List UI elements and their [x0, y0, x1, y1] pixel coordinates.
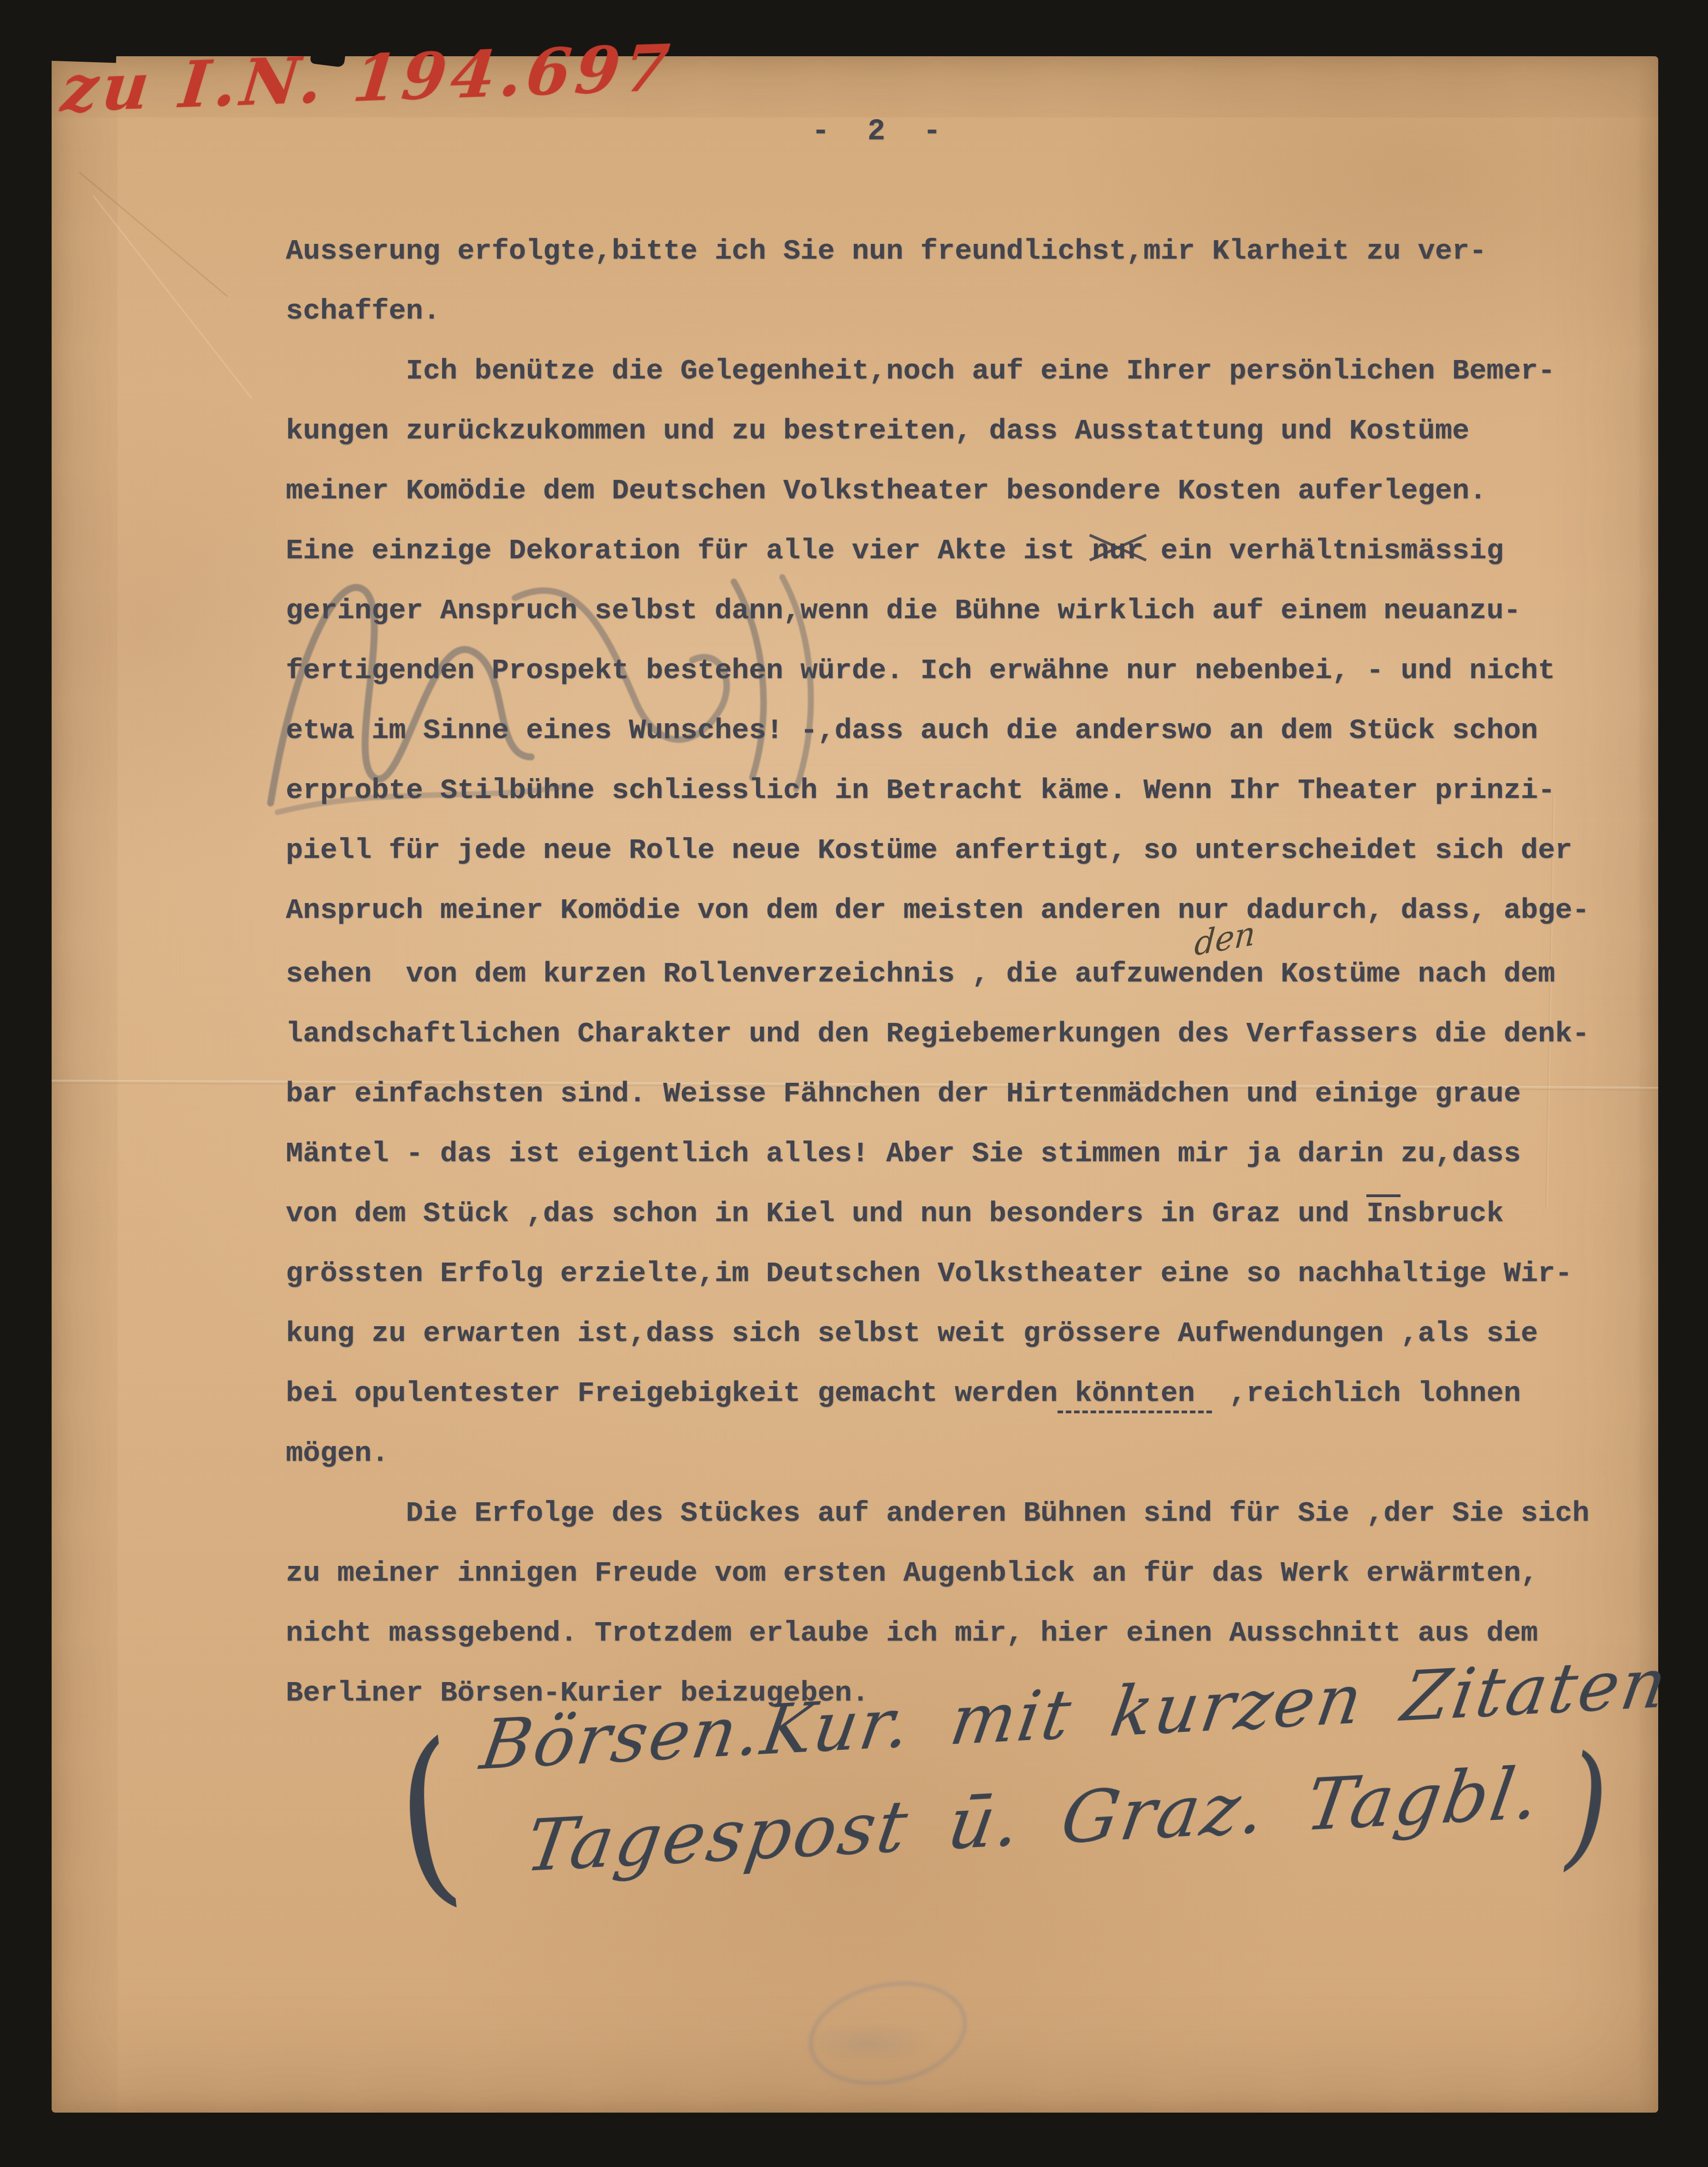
typed-segment-overline: In — [1366, 1194, 1401, 1230]
typed-segment: sbruck — [1401, 1197, 1503, 1230]
typed-line: landschaftlichen Charakter und den Regie… — [286, 1004, 1623, 1064]
typed-line: zu meiner innigen Freude vom ersten Auge… — [286, 1543, 1623, 1603]
typed-segment: von dem Stück ,das schon in Kiel und nun… — [286, 1197, 1366, 1230]
typed-line: mögen. — [286, 1423, 1623, 1483]
archive-number-red-annotation: zu I.N. 194.697 — [58, 30, 677, 126]
typed-line: bar einfachsten sind. Weisse Fähnchen de… — [286, 1064, 1623, 1124]
typed-line: von dem Stück ,das schon in Kiel und nun… — [286, 1184, 1623, 1244]
corner-crease — [79, 171, 228, 297]
typed-segment: sehen von dem kurzen Rollenverzeichnis ,… — [286, 957, 1264, 990]
typed-segment: kungen zurückzukommen und zu bestreiten,… — [286, 414, 1469, 447]
typed-segment: grössten Erfolg erzielte,im Deutschen Vo… — [286, 1257, 1572, 1290]
typed-line: Die Erfolge des Stückes auf anderen Bühn… — [286, 1483, 1623, 1543]
typed-segment: mögen. — [286, 1437, 389, 1470]
typed-line: grössten Erfolg erzielte,im Deutschen Vo… — [286, 1244, 1623, 1304]
typed-segment: kung zu erwarten ist,dass sich selbst we… — [286, 1317, 1538, 1350]
corner-crease — [92, 195, 253, 400]
typed-segment: Mäntel - das ist eigentlich alles! Aber … — [286, 1137, 1521, 1170]
scan-background: zu I.N. 194.697 - 2 - Ausserung erfolgte… — [0, 0, 1708, 2167]
close-paren: ) — [1554, 1725, 1624, 1884]
typed-segment: bar einfachsten sind. Weisse Fähnchen de… — [286, 1077, 1521, 1110]
typed-line: kung zu erwarten ist,dass sich selbst we… — [286, 1304, 1623, 1364]
typed-segment: meiner Komödie dem Deutschen Volkstheate… — [286, 474, 1486, 507]
typed-line: Mäntel - das ist eigentlich alles! Aber … — [286, 1124, 1623, 1184]
typed-segment: zu meiner innigen Freude vom ersten Auge… — [286, 1557, 1538, 1589]
typed-line: Anspruch meiner Komödie von dem der meis… — [286, 880, 1623, 940]
typed-segment: ein verhältnismässig — [1143, 534, 1503, 567]
typed-segment: ,reichlich lohnen — [1212, 1377, 1521, 1410]
typed-line: Ich benütze die Gelegenheit,noch auf ein… — [286, 341, 1623, 401]
typed-segment: bei opulentester Freigebigkeit gemacht w… — [286, 1377, 1058, 1410]
typed-line: schaffen. — [286, 281, 1623, 341]
ink-scribble-cancellation — [250, 508, 987, 858]
typed-segment: Ausserung erfolgte,bitte ich Sie nun fre… — [286, 235, 1486, 267]
typed-segment: Ich benütze die Gelegenheit,noch auf ein… — [286, 354, 1555, 387]
faint-ink-smudge — [771, 2015, 964, 2071]
typed-segment: Die Erfolge des Stückes auf anderen Bühn… — [286, 1497, 1590, 1529]
typed-segment: Anspruch meiner Komödie von dem der meis… — [286, 894, 1590, 927]
open-paren: ( — [386, 1701, 469, 1930]
typed-segment: nicht massgebend. Trotzdem erlaube ich m… — [286, 1617, 1538, 1649]
letter-page: zu I.N. 194.697 - 2 - Ausserung erfolgte… — [52, 56, 1658, 2113]
typed-segment: Kostüme nach dem — [1264, 957, 1555, 990]
page-number: - 2 - — [780, 115, 983, 148]
typed-line: bei opulentester Freigebigkeit gemacht w… — [286, 1364, 1623, 1423]
typed-line: Ausserung erfolgte,bitte ich Sie nun fre… — [286, 221, 1623, 281]
typed-letter-body: Ausserung erfolgte,bitte ich Sie nun fre… — [286, 221, 1623, 1723]
typed-segment: landschaftlichen Charakter und den Regie… — [286, 1017, 1590, 1050]
typed-segment: schaffen. — [286, 295, 440, 327]
typed-segment-strike-x: nur — [1092, 521, 1144, 581]
typed-line: nicht massgebend. Trotzdem erlaube ich m… — [286, 1603, 1623, 1663]
typed-segment-u-dash: könnten — [1058, 1377, 1212, 1413]
typed-line: sehen von dem kurzen Rollenverzeichnis ,… — [286, 940, 1623, 1004]
typed-line: kungen zurückzukommen und zu bestreiten,… — [286, 401, 1623, 461]
